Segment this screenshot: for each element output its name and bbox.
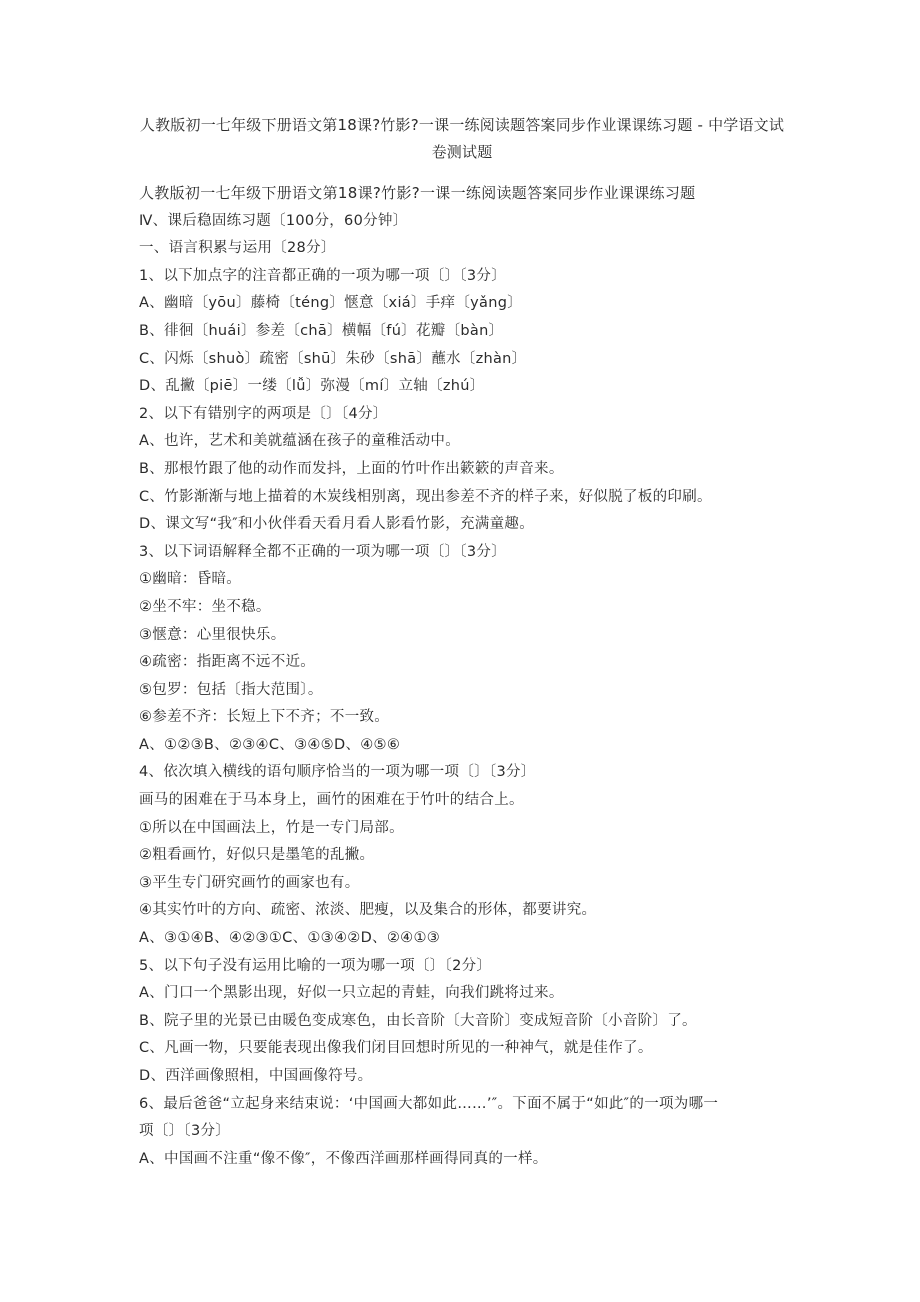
option-c: C、闪烁〔shuò〕疏密〔shū〕朱砂〔shā〕蘸水〔zhàn〕 [139,346,785,374]
question-stem: 5、以下句子没有运用比喻的一项为哪一项〔〕〔2分〕 [139,953,785,981]
option-a: A、中国画不注重“像不像″，不像西洋画那样画得同真的一样。 [139,1146,785,1174]
option-a: A、也许，艺术和美就蕴涵在孩子的童稚活动中。 [139,428,785,456]
option-b: B、院子里的光景已由暖色变成寒色，由长音阶〔大音阶〕变成短音阶〔小音阶〕了。 [139,1008,785,1036]
option-c: C、凡画一物，只要能表现出像我们闭目回想时所见的一种神气，就是佳作了。 [139,1035,785,1063]
question-passage: 画马的困难在于马本身上，画竹的困难在于竹叶的结合上。 [139,787,785,815]
document-page: 人教版初一七年级下册语文第18课?竹影?一课一练阅读题答案同步作业课课练习题 -… [139,112,785,1173]
question-5: 5、以下句子没有运用比喻的一项为哪一项〔〕〔2分〕 A、门口一个黑影出现，好似一… [139,953,785,1091]
numbered-item-4: ④其实竹叶的方向、疏密、浓淡、肥瘦，以及集合的形体，都要讲究。 [139,897,785,925]
answer-options: A、①②③B、②③④C、③④⑤D、④⑤⑥ [139,732,785,760]
question-stem: 2、以下有错别字的两项是〔〕〔4分〕 [139,401,785,429]
answer-options: A、③①④B、④②③①C、①③④②D、②④①③ [139,925,785,953]
document-subtitle: 人教版初一七年级下册语文第18课?竹影?一课一练阅读题答案同步作业课课练习题 [139,180,785,208]
numbered-item-2: ②坐不牢：坐不稳。 [139,594,785,622]
numbered-item-4: ④疏密：指距离不远不近。 [139,649,785,677]
option-b: B、徘徊〔huái〕参差〔chā〕横幅〔fú〕花瓣〔bàn〕 [139,318,785,346]
numbered-item-5: ⑤包罗：包括〔指大范围〕。 [139,677,785,705]
question-stem: 4、依次填入横线的语句顺序恰当的一项为哪一项〔〕〔3分〕 [139,759,785,787]
document-title: 人教版初一七年级下册语文第18课?竹影?一课一练阅读题答案同步作业课课练习题 -… [139,112,785,166]
part-heading: 一、语言积累与运用〔28分〕 [139,235,785,263]
question-1: 1、以下加点字的注音都正确的一项为哪一项〔〕〔3分〕 A、幽暗〔yōu〕藤椅〔t… [139,263,785,401]
option-c: C、竹影渐渐与地上描着的木炭线相别离，现出参差不齐的样子来，好似脱了板的印刷。 [139,484,785,512]
question-stem: 1、以下加点字的注音都正确的一项为哪一项〔〕〔3分〕 [139,263,785,291]
option-a: A、门口一个黑影出现，好似一只立起的青蛙，向我们跳将过来。 [139,980,785,1008]
question-4: 4、依次填入横线的语句顺序恰当的一项为哪一项〔〕〔3分〕 画马的困难在于马本身上… [139,759,785,952]
question-stem-line-1: 6、最后爸爸“立起身来结束说：‘中国画大都如此……’″。下面不属于“如此″的一项… [139,1091,785,1119]
question-3: 3、以下词语解释全都不正确的一项为哪一项〔〕〔3分〕 ①幽暗：昏暗。 ②坐不牢：… [139,539,785,760]
question-2: 2、以下有错别字的两项是〔〕〔4分〕 A、也许，艺术和美就蕴涵在孩子的童稚活动中… [139,401,785,539]
numbered-item-6: ⑥参差不齐：长短上下不齐；不一致。 [139,704,785,732]
option-d: D、西洋画像照相，中国画像符号。 [139,1063,785,1091]
question-stem: 3、以下词语解释全都不正确的一项为哪一项〔〕〔3分〕 [139,539,785,567]
option-d: D、乱撇〔piē〕一缕〔lǚ〕弥漫〔mí〕立轴〔zhú〕 [139,373,785,401]
question-6: 6、最后爸爸“立起身来结束说：‘中国画大都如此……’″。下面不属于“如此″的一项… [139,1091,785,1174]
option-b: B、那根竹跟了他的动作而发抖，上面的竹叶作出簌簌的声音来。 [139,456,785,484]
numbered-item-1: ①所以在中国画法上，竹是一专门局部。 [139,815,785,843]
numbered-item-3: ③平生专门研究画竹的画家也有。 [139,870,785,898]
section-heading: Ⅳ、课后稳固练习题〔100分，60分钟〕 [139,208,785,236]
option-a: A、幽暗〔yōu〕藤椅〔téng〕惬意〔xiá〕手痒〔yǎng〕 [139,290,785,318]
numbered-item-3: ③惬意：心里很快乐。 [139,622,785,650]
numbered-item-1: ①幽暗：昏暗。 [139,566,785,594]
option-d: D、课文写“我″和小伙伴看天看月看人影看竹影，充满童趣。 [139,511,785,539]
numbered-item-2: ②粗看画竹，好似只是墨笔的乱撇。 [139,842,785,870]
question-stem-line-2: 项〔〕〔3分〕 [139,1118,785,1146]
